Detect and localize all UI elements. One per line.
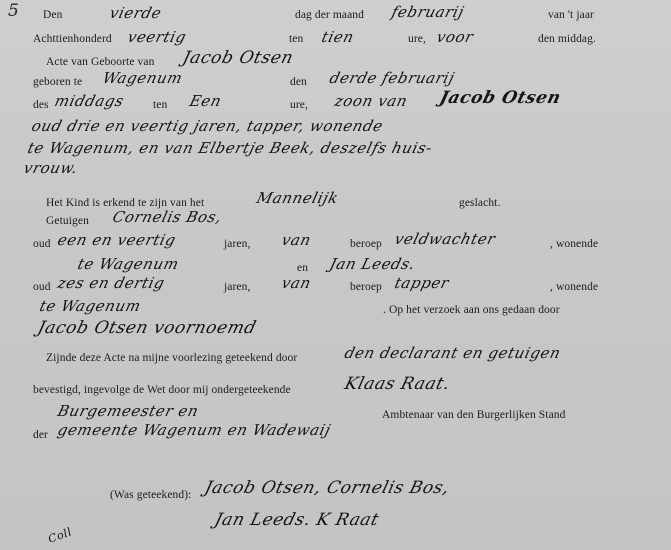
hand-van-2: van [280,275,313,291]
printed-ambtenaar: Ambtenaar van den Burgerlijken Stand [382,409,566,422]
hand-hour: tien [320,29,356,45]
record-number: 5 [8,1,19,21]
hand-official: Klaas Raat. [343,376,452,392]
hand-father-details-3: vrouw. [22,160,80,176]
printed-den-2: den [290,76,307,89]
printed-der: der [33,429,48,442]
printed-zijnde-deze-acte: Zijnde deze Acte na mijne voorlezing get… [46,352,297,365]
signature-line-2: Jan Leeds. K Raat [213,512,381,528]
hand-occupation-1: veldwachter [393,231,497,247]
hand-title: Burgemeester en [56,403,200,419]
birth-record-document: 5 Den vierde dag der maand februarij van… [0,0,671,550]
hand-father: Jacob Otsen [438,90,563,106]
printed-oud-1: oud [33,238,51,251]
hand-birth-hour: Een [188,93,223,109]
hand-month: februarij [390,4,466,20]
margin-note: Coll [46,524,74,547]
hand-witness-1: Cornelis Bos, [111,209,224,225]
hand-signed-by: den declarant en getuigen [343,345,563,361]
hand-age-2: zes en dertig [56,275,166,291]
hand-birth-date: derde februarij [328,70,456,86]
printed-beroep-2: beroep [350,281,382,294]
hand-witness-2: Jan Leeds. [328,256,417,272]
hand-age-1: een en veertig [56,232,178,248]
printed-wonende-2: , wonende [550,281,598,294]
hand-daypart: middags [53,93,126,109]
hand-requester: Jacob Otsen voornoemd [36,320,258,336]
printed-geboren-te: geboren te [33,76,82,89]
hand-day: vierde [108,5,163,21]
hand-year: veertig [126,29,188,45]
hand-residence-1: te Wagenum [76,256,181,272]
hand-residence-2: te Wagenum [38,298,143,314]
hand-van-1: van [280,232,313,248]
hand-child-name: Jacob Otsen [181,50,295,66]
printed-ten-2: ten [153,99,167,112]
printed-acte-van-geboorte: Acte van Geboorte van [46,56,154,69]
hand-occupation-2: tapper [393,275,451,291]
printed-getuigen: Getuigen [46,215,89,228]
printed-ten: ten [289,33,303,46]
printed-jaren-1: jaren, [224,238,250,251]
printed-van-t-jaar: van 't jaar [548,9,594,22]
printed-was-geteekend: (Was geteekend): [110,489,191,502]
hand-voor: voor [435,29,475,45]
printed-ure: ure, [408,33,426,46]
printed-ure-2: ure, [290,99,308,112]
hand-relation: zoon van [333,93,409,109]
printed-beroep-1: beroep [350,238,382,251]
printed-achttienhonderd: Achttienhonderd [33,33,112,46]
printed-verzoek: . Op het verzoek aan ons gedaan door [383,304,560,317]
hand-sex: Mannelijk [255,190,340,206]
printed-bevestigd: bevestigd, ingevolge de Wet door mij ond… [33,384,291,397]
printed-den: Den [43,9,62,22]
printed-dag-der-maand: dag der maand [295,9,364,22]
printed-des: des [33,99,49,112]
hand-father-details-2: te Wagenum, en van Elbertje Beek, deszel… [26,140,434,156]
printed-den-middag: den middag. [538,33,596,46]
hand-municipality: gemeente Wagenum en Wadewaij [56,422,333,438]
signature-line-1: Jacob Otsen, Cornelis Bos, [203,480,451,496]
hand-father-details-1: oud drie en veertig jaren, tapper, wonen… [30,118,385,134]
printed-wonende-1: , wonende [550,238,598,251]
hand-birthplace: Wagenum [101,70,184,86]
printed-jaren-2: jaren, [224,281,250,294]
printed-oud-2: oud [33,281,51,294]
printed-geslacht: geslacht. [459,197,500,210]
